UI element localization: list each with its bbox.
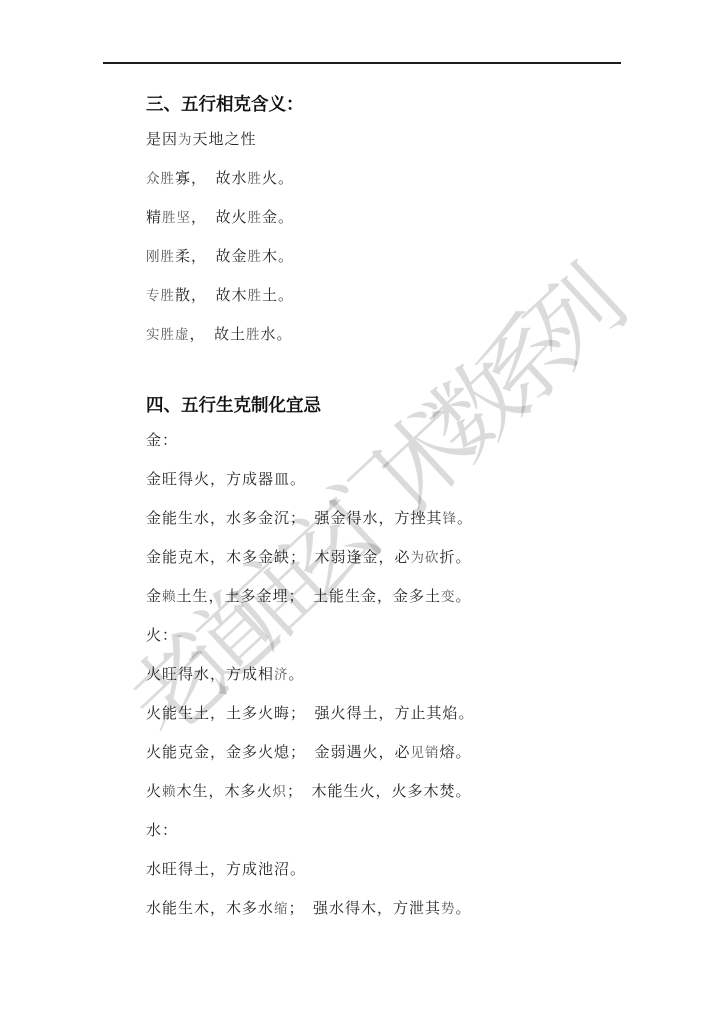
text-segment: 金 [146,588,162,605]
text-segment: 火。 [262,170,294,187]
text-segment: ， 故火 [191,209,248,226]
text-segment: 见销 [411,745,440,760]
text-segment: 火能生土，土多火晦； 强火得土，方止其焰。 [146,705,475,722]
text-segment: 赖 [162,589,177,604]
text-line: 金赖土生，土多金埋； 土能生金，金多土变。 [146,577,646,616]
text-segment: 赖 [162,784,177,799]
header-rule [103,62,621,64]
text-line: 是因为天地之性 [146,120,646,159]
text-segment: 金。 [262,209,294,226]
text-segment: 木。 [262,248,294,265]
text-line: 火赖木生，木多火炽； 木能生火，火多木焚。 [146,772,646,811]
text-segment: 刚胜 [146,249,175,264]
text-segment: 金能克木，木多金缺； 木弱逢金，必 [146,549,411,566]
text-segment: 金能生水，水多金沉； 强金得水，方挫其 [146,510,443,527]
text-segment: 胜 [248,210,263,225]
text-line: 金： [146,421,646,460]
text-line: 水旺得土，方成池沼。 [146,850,646,889]
text-segment: 精 [146,209,162,226]
text-segment: 水能生木，木多水 [146,900,274,917]
text-segment: 实胜虚 [146,327,190,342]
text-segment: 土。 [262,287,294,304]
text-segment: 火能克金，金多火熄； 金弱遇火，必 [146,744,411,761]
text-segment: 济 [274,667,289,682]
text-segment: 金旺得火，方成器皿。 [146,471,306,488]
text-segment: 专胜 [146,288,175,303]
text-segment: 胜 [248,171,263,186]
document-page: 老道庙玄门术数系列 三、五行相克含义： 是因为天地之性众胜寡， 故水胜火。精胜坚… [0,0,724,1024]
text-segment: ； 木能生火，火多木焚。 [287,783,472,800]
text-segment: 。 [457,510,473,527]
text-line: 火能克金，金多火熄； 金弱遇火，必见销熔。 [146,733,646,772]
text-line: 金能生水，水多金沉； 强金得水，方挫其锋。 [146,499,646,538]
text-segment: 势 [441,901,456,916]
text-segment: 锋 [443,511,458,526]
text-segment: 土生，土多金埋； 土能生金，金多土 [177,588,442,605]
text-segment: 水： [146,822,178,839]
text-line: 火能生土，土多火晦； 强火得土，方止其焰。 [146,694,646,733]
section-wuxing-xiangke: 三、五行相克含义： 是因为天地之性众胜寡， 故水胜火。精胜坚， 故火胜金。刚胜柔… [146,88,646,354]
text-segment: 火旺得水，方成相 [146,666,274,683]
text-line: 精胜坚， 故火胜金。 [146,198,646,237]
text-segment: 木生，木多火 [177,783,273,800]
text-segment: 为砍 [411,550,440,565]
text-segment: 寡， 故水 [175,170,248,187]
text-segment: 金： [146,432,178,449]
text-segment: 。 [289,666,305,683]
text-segment: 胜 [248,249,263,264]
text-segment: 柔， 故金 [175,248,248,265]
section-wuxing-shengke-zhihua: 四、五行生克制化宜忌 金：金旺得火，方成器皿。金能生水，水多金沉； 强金得水，方… [146,389,646,928]
text-segment: 水旺得土，方成池沼。 [146,861,306,878]
text-line: 金能克木，木多金缺； 木弱逢金，必为砍折。 [146,538,646,577]
text-segment: 。 [456,588,472,605]
text-segment: 水。 [261,326,293,343]
text-line: 专胜散， 故木胜土。 [146,276,646,315]
section-lines: 是因为天地之性众胜寡， 故水胜火。精胜坚， 故火胜金。刚胜柔， 故金胜木。专胜散… [146,120,646,354]
text-line: 水能生木，木多水缩； 强水得木，方泄其势。 [146,889,646,928]
text-segment: 众胜 [146,171,175,186]
text-segment: 胜 [248,288,263,303]
text-line: 金旺得火，方成器皿。 [146,460,646,499]
text-line: 众胜寡， 故水胜火。 [146,159,646,198]
text-segment: 折。 [440,549,472,566]
section-heading: 三、五行相克含义： [146,88,646,120]
text-segment: 火 [146,783,162,800]
text-segment: 散， 故木 [175,287,248,304]
text-line: 实胜虚， 故土胜水。 [146,315,646,354]
text-line: 水： [146,811,646,850]
text-segment: 是因 [146,131,178,148]
text-segment: 炽 [273,784,288,799]
text-segment: 火： [146,627,178,644]
section-lines: 金：金旺得火，方成器皿。金能生水，水多金沉； 强金得水，方挫其锋。金能克木，木多… [146,421,646,928]
text-segment: ， 故土 [190,326,247,343]
text-segment: 缩 [274,901,289,916]
text-segment: 。 [456,900,472,917]
text-line: 刚胜柔， 故金胜木。 [146,237,646,276]
text-segment: 天地之性 [193,131,257,148]
text-segment: 胜 [246,327,261,342]
text-segment: 变 [441,589,456,604]
text-line: 火： [146,616,646,655]
text-segment: 为 [178,132,193,147]
text-segment: 熔。 [440,744,472,761]
text-segment: 胜坚 [162,210,191,225]
text-line: 火旺得水，方成相济。 [146,655,646,694]
text-segment: ； 强水得木，方泄其 [289,900,442,917]
section-heading: 四、五行生克制化宜忌 [146,389,646,421]
